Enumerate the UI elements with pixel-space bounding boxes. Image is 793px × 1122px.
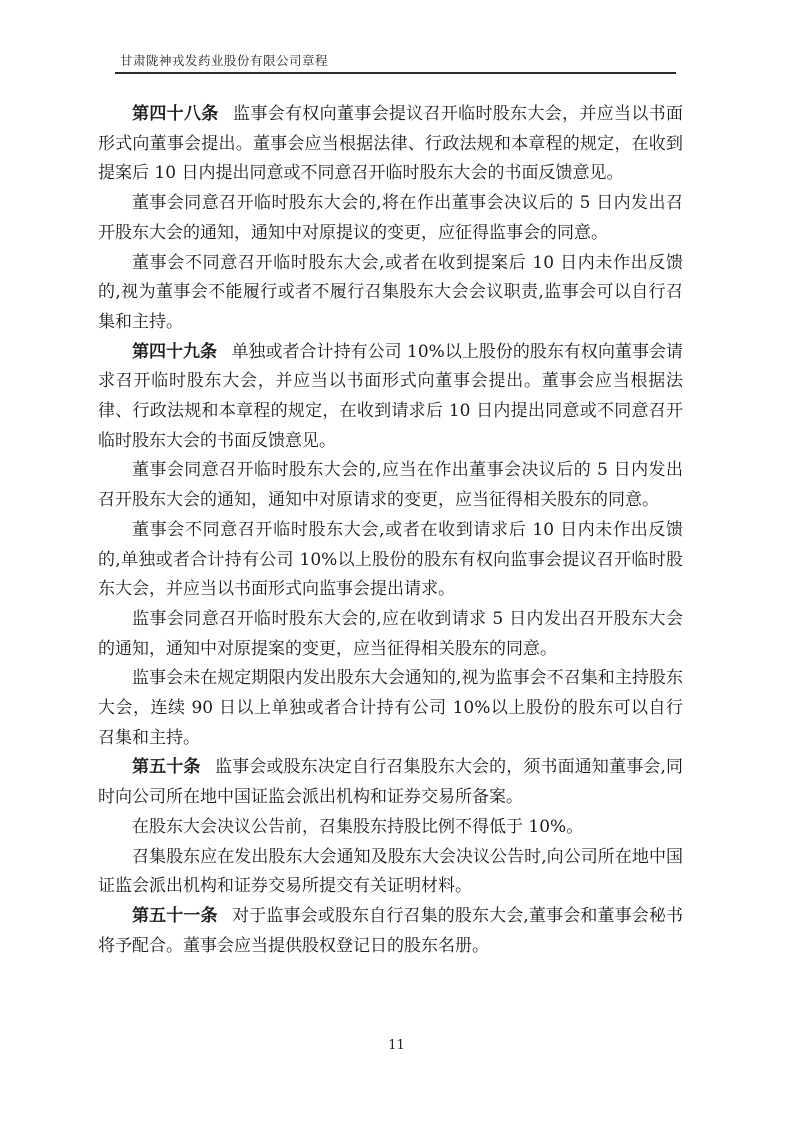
article-number: 第四十八条	[132, 104, 219, 124]
paragraph: 召集股东应在发出股东大会通知及股东大会决议公告时,向公司所在地中国证监会派出机构…	[98, 843, 683, 902]
article-number: 第五十一条	[132, 906, 218, 926]
document-body: 第四十八条监事会有权向董事会提议召开临时股东大会，并应当以书面形式向董事会提出。…	[98, 100, 683, 961]
paragraph: 第五十条监事会或股东决定自行召集股东大会的，须书面通知董事会,同时向公司所在地中…	[98, 753, 683, 812]
paragraph: 董事会不同意召开临时股东大会,或者在收到请求后 10 日内未作出反馈的,单独或者…	[98, 516, 683, 605]
paragraph: 第四十八条监事会有权向董事会提议召开临时股东大会，并应当以书面形式向董事会提出。…	[98, 100, 683, 189]
paragraph: 第四十九条单独或者合计持有公司 10%以上股份的股东有权向董事会请求召开临时股东…	[98, 338, 683, 457]
paragraph-text: 董事会不同意召开临时股东大会,或者在收到请求后 10 日内未作出反馈的,单独或者…	[98, 520, 683, 599]
page-footer: 11	[0, 1038, 793, 1053]
paragraph-text: 召集股东应在发出股东大会通知及股东大会决议公告时,向公司所在地中国证监会派出机构…	[98, 847, 683, 897]
header-title: 甘肃陇神戎发药业股份有限公司章程	[115, 51, 328, 69]
page-number: 11	[388, 1038, 405, 1053]
paragraph-text: 董事会不同意召开临时股东大会,或者在收到提案后 10 日内未作出反馈的,视为董事…	[98, 253, 683, 332]
paragraph: 第五十一条对于监事会或股东自行召集的股东大会,董事会和董事会秘书将予配合。董事会…	[98, 902, 683, 961]
document-page: 甘肃陇神戎发药业股份有限公司章程 第四十八条监事会有权向董事会提议召开临时股东大…	[0, 0, 793, 1122]
paragraph-text: 监事会同意召开临时股东大会的,应在收到请求 5 日内发出召开股东大会的通知，通知…	[98, 609, 683, 659]
paragraph: 在股东大会决议公告前，召集股东持股比例不得低于 10%。	[98, 813, 683, 843]
paragraph: 监事会同意召开临时股东大会的,应在收到请求 5 日内发出召开股东大会的通知，通知…	[98, 605, 683, 664]
paragraph-text: 董事会同意召开临时股东大会的,应当在作出董事会决议后的 5 日内发出召开股东大会…	[98, 460, 683, 510]
paragraph: 监事会未在规定期限内发出股东大会通知的,视为监事会不召集和主持股东大会，连续 9…	[98, 664, 683, 753]
article-number: 第四十九条	[132, 342, 217, 362]
paragraph-text: 在股东大会决议公告前，召集股东持股比例不得低于 10%。	[132, 817, 583, 837]
paragraph: 董事会同意召开临时股东大会的,将在作出董事会决议后的 5 日内发出召开股东大会的…	[98, 189, 683, 248]
page-header: 甘肃陇神戎发药业股份有限公司章程	[115, 50, 676, 74]
paragraph: 董事会不同意召开临时股东大会,或者在收到提案后 10 日内未作出反馈的,视为董事…	[98, 249, 683, 338]
paragraph-text: 董事会同意召开临时股东大会的,将在作出董事会决议后的 5 日内发出召开股东大会的…	[98, 193, 683, 243]
paragraph: 董事会同意召开临时股东大会的,应当在作出董事会决议后的 5 日内发出召开股东大会…	[98, 456, 683, 515]
article-number: 第五十条	[132, 757, 201, 777]
paragraph-text: 监事会未在规定期限内发出股东大会通知的,视为监事会不召集和主持股东大会，连续 9…	[98, 668, 683, 747]
